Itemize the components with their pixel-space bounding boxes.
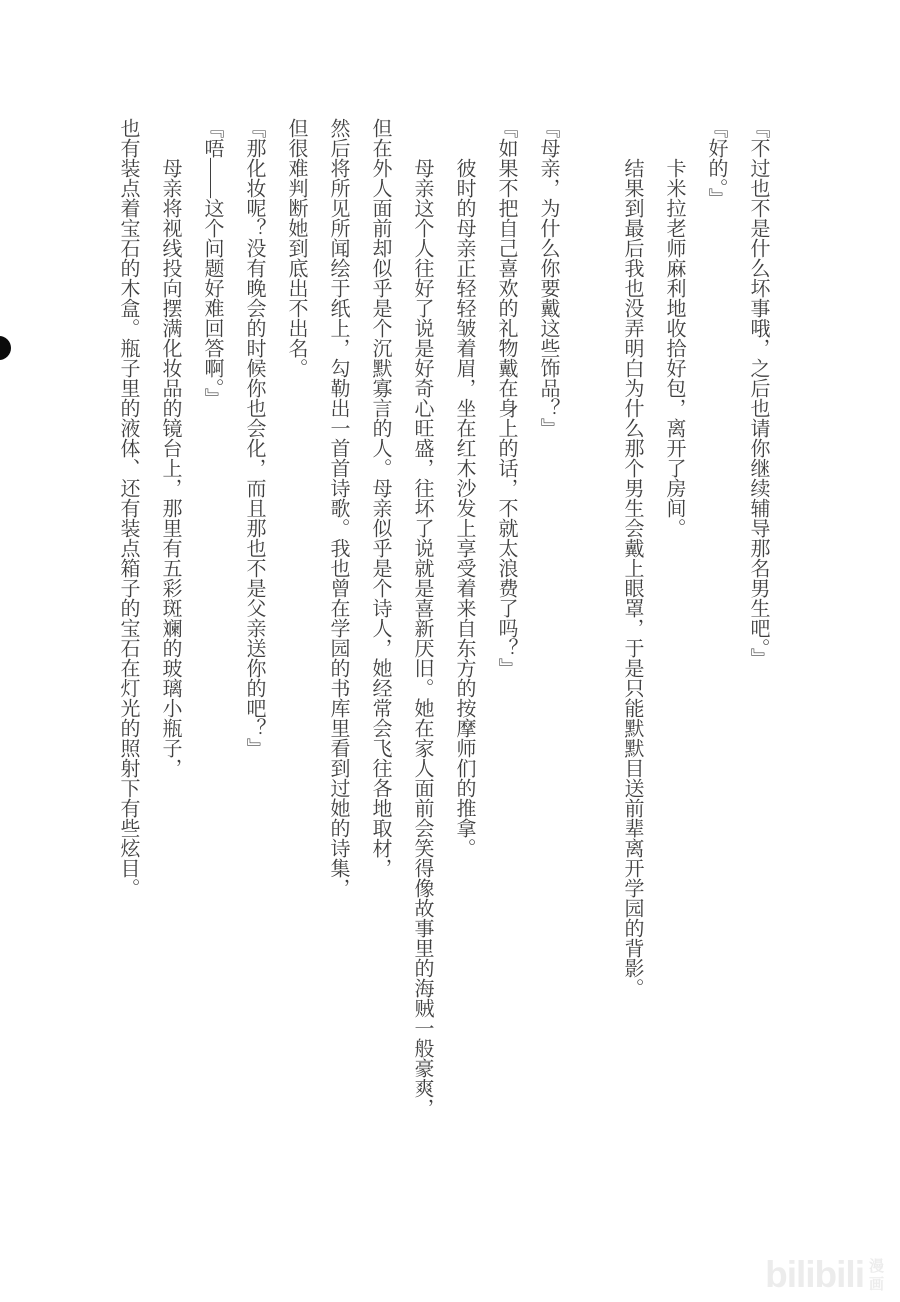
- novel-text-block: 『不过也不是什么坏事哦，之后也请你继续辅导那名男生吧。』 『好的。』 卡米拉老师…: [107, 118, 779, 1138]
- text-line: 也有装点着宝石的木盒。瓶子里的液体、还有装点箱子的宝石在灯光的照射下有些炫目。: [107, 118, 149, 1138]
- text-line: 『唔——这个问题好难回答啊。』: [191, 118, 233, 1138]
- text-line: 『好的。』: [695, 118, 737, 1138]
- text-line-blank: [569, 118, 611, 1138]
- text-line: 『不过也不是什么坏事哦，之后也请你继续辅导那名男生吧。』: [737, 118, 779, 1138]
- bilibili-watermark: bilibili 漫 画: [765, 1254, 884, 1296]
- manhua-label-top: 漫: [869, 1257, 884, 1275]
- text-line: 彼时的母亲正轻轻皱着眉，坐在红木沙发上享受着来自东方的按摩师们的推拿。: [443, 118, 485, 1138]
- bilibili-logo: bilibili: [765, 1254, 864, 1296]
- text-line: 然后将所见所闻绘于纸上，勾勒出一首首诗歌。我也曾在学园的书库里看到过她的诗集，: [317, 118, 359, 1138]
- text-line: 『母亲，为什么你要戴这些饰品？』: [527, 118, 569, 1138]
- manhua-label-bottom: 画: [869, 1275, 884, 1293]
- text-line: 母亲将视线投向摆满化妆品的镜台上，那里有五彩斑斓的玻璃小瓶子，: [149, 118, 191, 1138]
- text-line: 『那化妆呢？没有晚会的时候你也会化，而且那也不是父亲送你的吧？』: [233, 118, 275, 1138]
- text-line: 母亲这个人往好了说是好奇心旺盛，往坏了说就是喜新厌旧。她在家人面前会笑得像故事里…: [401, 118, 443, 1138]
- text-line: 结果到最后我也没弄明白为什么那个男生会戴上眼罩，于是只能默默目送前辈离开学园的背…: [611, 118, 653, 1138]
- text-line: 但很难判断她到底出不出名。: [275, 118, 317, 1138]
- page-edge-marker-icon: [0, 336, 11, 360]
- text-line: 『如果不把自己喜欢的礼物戴在身上的话，不就太浪费了吗？』: [485, 118, 527, 1138]
- manhua-label: 漫 画: [869, 1257, 884, 1293]
- text-line: 卡米拉老师麻利地收拾好包，离开了房间。: [653, 118, 695, 1138]
- text-line: 但在外人面前却似乎是个沉默寡言的人。母亲似乎是个诗人，她经常会飞往各地取材，: [359, 118, 401, 1138]
